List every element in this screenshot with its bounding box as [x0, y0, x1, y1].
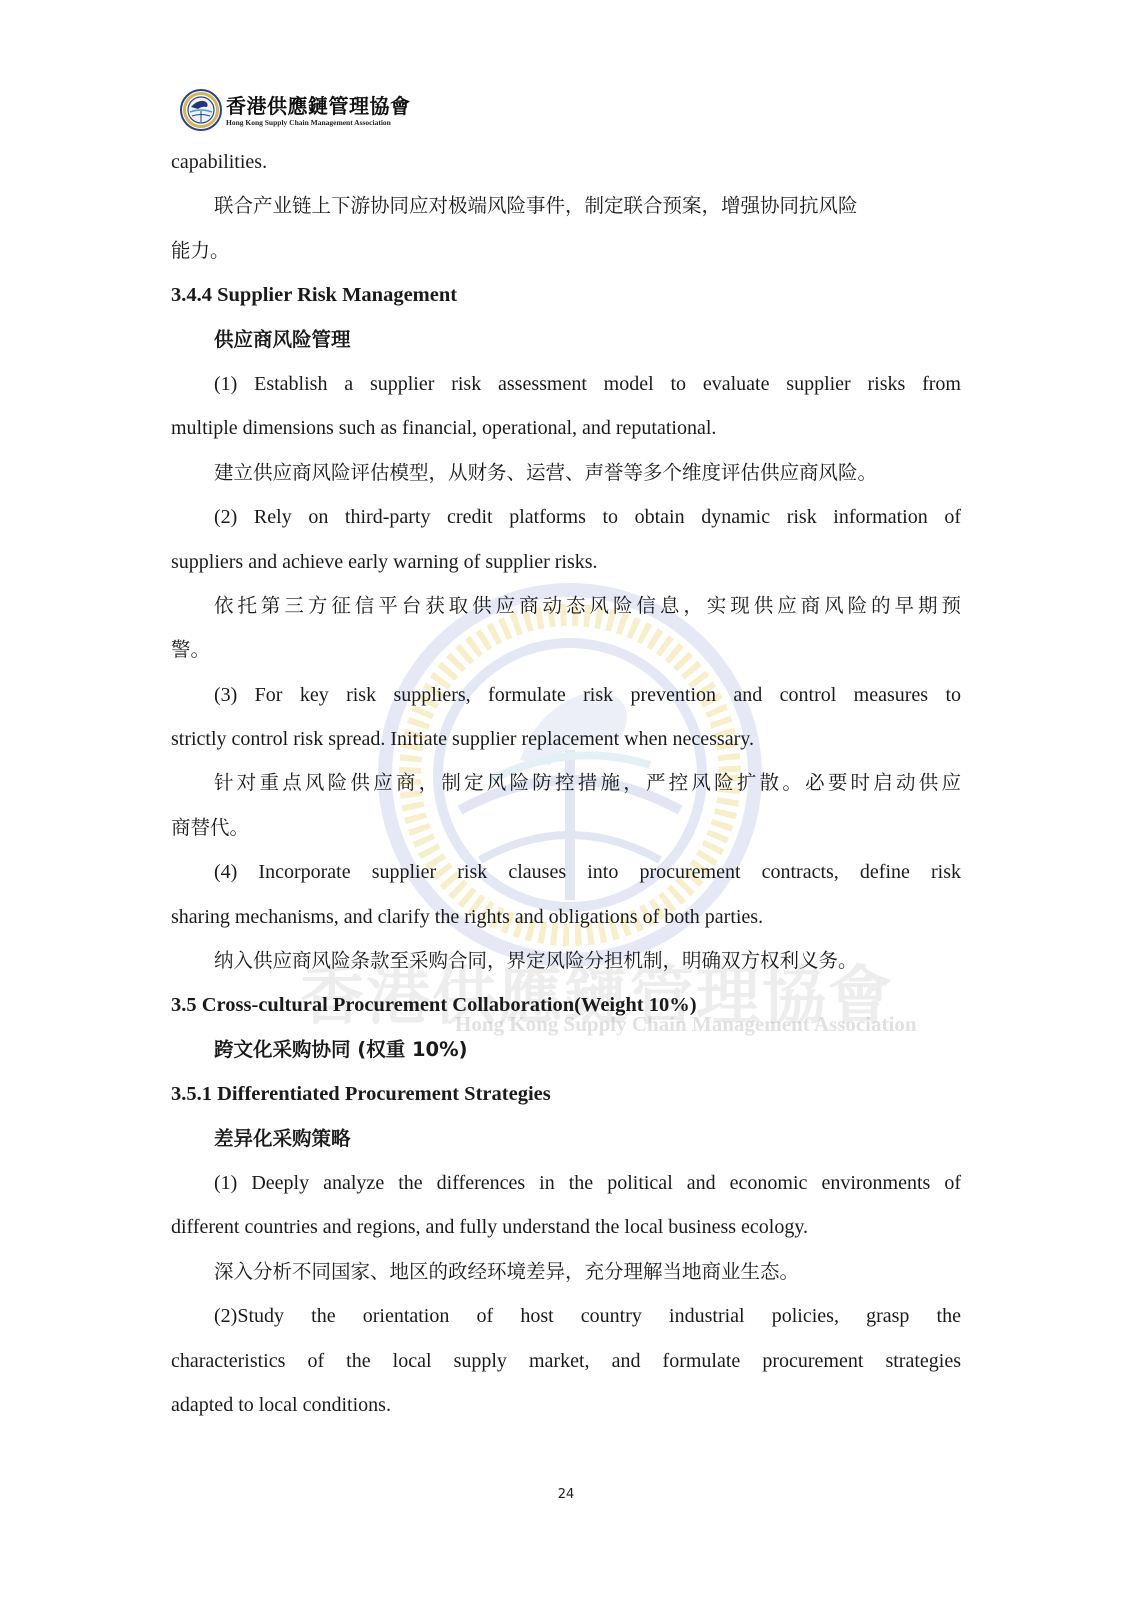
section-heading-3-5-1-cn: 差异化采购策略: [171, 1117, 961, 1161]
strategy-item-2-en-wrap: characteristics of the local supply mark…: [171, 1339, 961, 1383]
document-body: capabilities. 联合产业链上下游协同应对极端风险事件，制定联合预案，…: [171, 140, 961, 1427]
list-item-1-en-wrap: multiple dimensions such as financial, o…: [171, 406, 961, 450]
strategy-item-1-cn: 深入分析不同国家、地区的政经环境差异，充分理解当地商业生态。: [171, 1250, 961, 1294]
section-heading-3-5-1: 3.5.1 Differentiated Procurement Strateg…: [171, 1072, 961, 1116]
document-page: 香港供應鏈管理協會 Hong Kong Supply Chain Managem…: [0, 0, 1132, 1600]
list-item-3-en: (3) For key risk suppliers, formulate ri…: [171, 673, 961, 717]
list-item-1-en: (1) Establish a supplier risk assessment…: [171, 362, 961, 406]
globe-emblem-icon: [180, 89, 222, 131]
strategy-item-2-en-wrap-2: adapted to local conditions.: [171, 1383, 961, 1427]
org-name-cn: 香港供應鏈管理協會: [226, 94, 411, 118]
list-item-4-en-wrap: sharing mechanisms, and clarify the righ…: [171, 895, 961, 939]
list-item-2-en: (2) Rely on third-party credit platforms…: [171, 495, 961, 539]
list-item-2-cn: 依托第三方征信平台获取供应商动态风险信息，实现供应商风险的早期预: [171, 584, 961, 628]
org-name-en: Hong Kong Supply Chain Management Associ…: [226, 118, 411, 127]
list-item-3-cn-wrap: 商替代。: [171, 806, 961, 850]
paragraph-continuation-cn-wrap: 能力。: [171, 229, 961, 273]
list-item-3-cn: 针对重点风险供应商，制定风险防控措施，严控风险扩散。必要时启动供应: [171, 761, 961, 805]
section-heading-3-5: 3.5 Cross-cultural Procurement Collabora…: [171, 983, 961, 1027]
paragraph-continuation-en: capabilities.: [171, 140, 961, 184]
section-heading-3-4-4: 3.4.4 Supplier Risk Management: [171, 273, 961, 317]
page-header: 香港供應鏈管理協會 Hong Kong Supply Chain Managem…: [180, 88, 411, 132]
list-item-1-cn: 建立供应商风险评估模型，从财务、运营、声誉等多个维度评估供应商风险。: [171, 451, 961, 495]
page-number: 24: [0, 1487, 1132, 1502]
list-item-4-en: (4) Incorporate supplier risk clauses in…: [171, 850, 961, 894]
section-heading-3-4-4-cn: 供应商风险管理: [171, 318, 961, 362]
paragraph-continuation-cn: 联合产业链上下游协同应对极端风险事件，制定联合预案，增强协同抗风险: [171, 184, 961, 228]
list-item-2-cn-wrap: 警。: [171, 628, 961, 672]
list-item-3-en-wrap: strictly control risk spread. Initiate s…: [171, 717, 961, 761]
strategy-item-2-en: (2)Study the orientation of host country…: [171, 1294, 961, 1338]
list-item-2-en-wrap: suppliers and achieve early warning of s…: [171, 540, 961, 584]
strategy-item-1-en: (1) Deeply analyze the differences in th…: [171, 1161, 961, 1205]
strategy-item-1-en-wrap: different countries and regions, and ful…: [171, 1205, 961, 1249]
section-heading-3-5-cn: 跨文化采购协同 (权重 10%): [171, 1028, 961, 1072]
list-item-4-cn: 纳入供应商风险条款至采购合同，界定风险分担机制，明确双方权利义务。: [171, 939, 961, 983]
